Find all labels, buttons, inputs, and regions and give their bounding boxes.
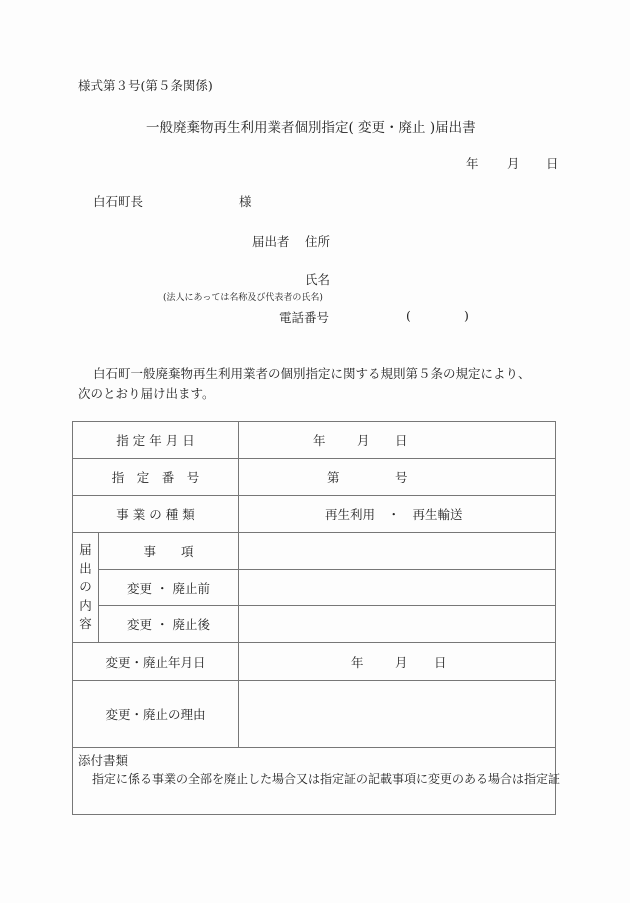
name-label: 氏名 — [305, 270, 330, 288]
form-number: 様式第３号(第５条関係) — [78, 76, 213, 94]
designation-number-label: 指 定 番 号 — [73, 459, 238, 495]
date-year: 年 — [466, 154, 479, 172]
body-text-line1: 白石町一般廃棄物再生利用業者の個別指定に関する規則第５条の規定により、 — [93, 364, 531, 382]
designation-date-field[interactable]: 年 月 日 — [239, 422, 555, 458]
group-label-char: 容 — [79, 615, 92, 634]
document-title: 一般廃棄物再生利用業者個別指定( 変更・廃止 )届出書 — [146, 116, 476, 136]
reason-field[interactable] — [239, 681, 555, 747]
addressee-name: 白石町長 — [93, 192, 143, 210]
after-change-field[interactable] — [239, 606, 555, 642]
designation-number-suffix: 号 — [395, 468, 408, 486]
change-date-label: 変更・廃止年月日 — [73, 643, 238, 680]
designation-date-label: 指 定 年 月 日 — [73, 422, 238, 458]
item-field[interactable] — [239, 533, 555, 569]
designation-number-prefix: 第 — [327, 468, 340, 486]
notification-content-group-label: 届 出 の 内 容 — [73, 533, 98, 642]
address-label: 住所 — [305, 232, 330, 250]
before-change-field[interactable] — [239, 570, 555, 605]
item-label: 事 項 — [99, 533, 238, 569]
group-label-char: 内 — [79, 597, 92, 616]
change-year: 年 — [351, 653, 364, 671]
phone-close-paren: ) — [464, 308, 469, 323]
before-change-label: 変更 ・ 廃止前 — [99, 570, 238, 605]
date-day: 日 — [546, 154, 559, 172]
attachments-text: 指定に係る事業の全部を廃止した場合又は指定証の記載事項に変更のある場合は指定証 — [92, 770, 560, 787]
name-note: (法人にあっては名称及び代表者の氏名) — [163, 290, 323, 303]
group-label-char: 出 — [79, 560, 92, 579]
addressee-honorific: 様 — [239, 192, 252, 210]
change-date-field[interactable]: 年 月 日 — [239, 643, 555, 680]
notification-table: 指 定 年 月 日 年 月 日 指 定 番 号 第 号 事 業 の 種 類 再生… — [72, 421, 556, 815]
after-change-label: 変更 ・ 廃止後 — [99, 606, 238, 642]
change-day: 日 — [434, 653, 447, 671]
phone-open-paren: ( — [406, 308, 411, 323]
business-type-label: 事 業 の 種 類 — [73, 496, 238, 532]
reason-label: 変更・廃止の理由 — [73, 681, 238, 747]
applicant-label: 届出者 — [252, 232, 290, 250]
row-divider — [73, 747, 555, 748]
designation-year: 年 — [313, 431, 326, 449]
change-month: 月 — [395, 653, 408, 671]
group-label-char: の — [79, 578, 92, 597]
business-type-field[interactable]: 再生利用 ・ 再生輸送 — [239, 496, 555, 532]
phone-label: 電話番号 — [279, 308, 329, 326]
designation-number-field[interactable]: 第 号 — [239, 459, 555, 495]
group-label-char: 届 — [79, 541, 92, 560]
attachments-label: 添付書類 — [78, 751, 128, 769]
designation-month: 月 — [357, 431, 370, 449]
designation-day: 日 — [395, 431, 408, 449]
date-month: 月 — [507, 154, 520, 172]
business-type-options: 再生利用 ・ 再生輸送 — [325, 505, 463, 523]
body-text-line2: 次のとおり届け出ます。 — [78, 384, 215, 402]
